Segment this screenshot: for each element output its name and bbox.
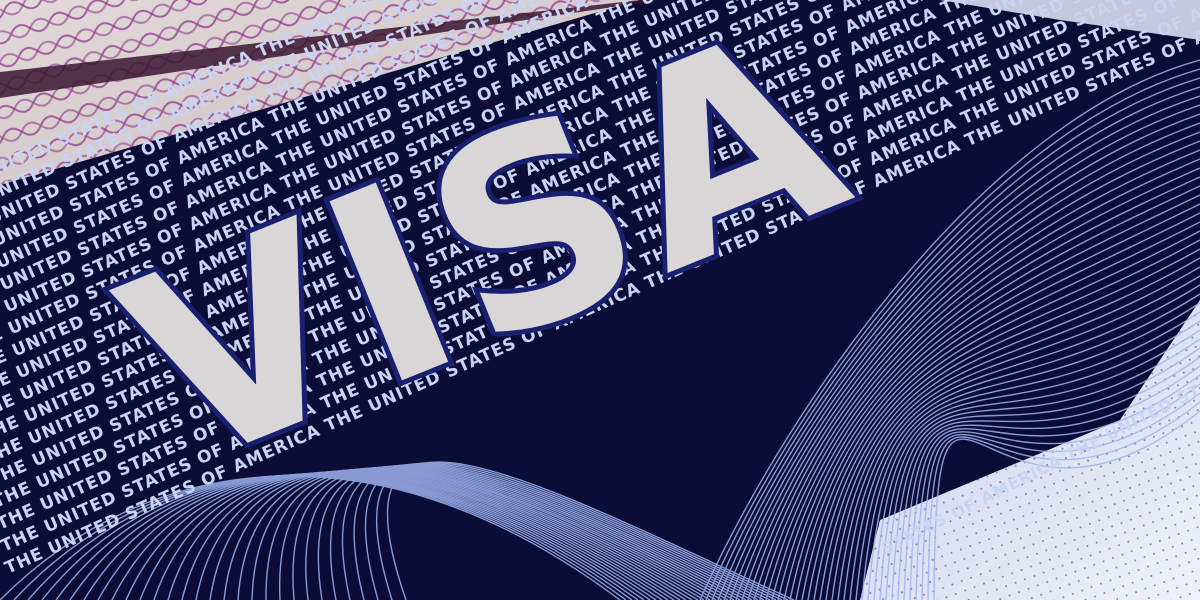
visa-artwork: THE UNITED STATES OF AMERICA THE UNITED … — [0, 0, 1200, 600]
visa-photograph: THE UNITED STATES OF AMERICA THE UNITED … — [0, 0, 1200, 600]
